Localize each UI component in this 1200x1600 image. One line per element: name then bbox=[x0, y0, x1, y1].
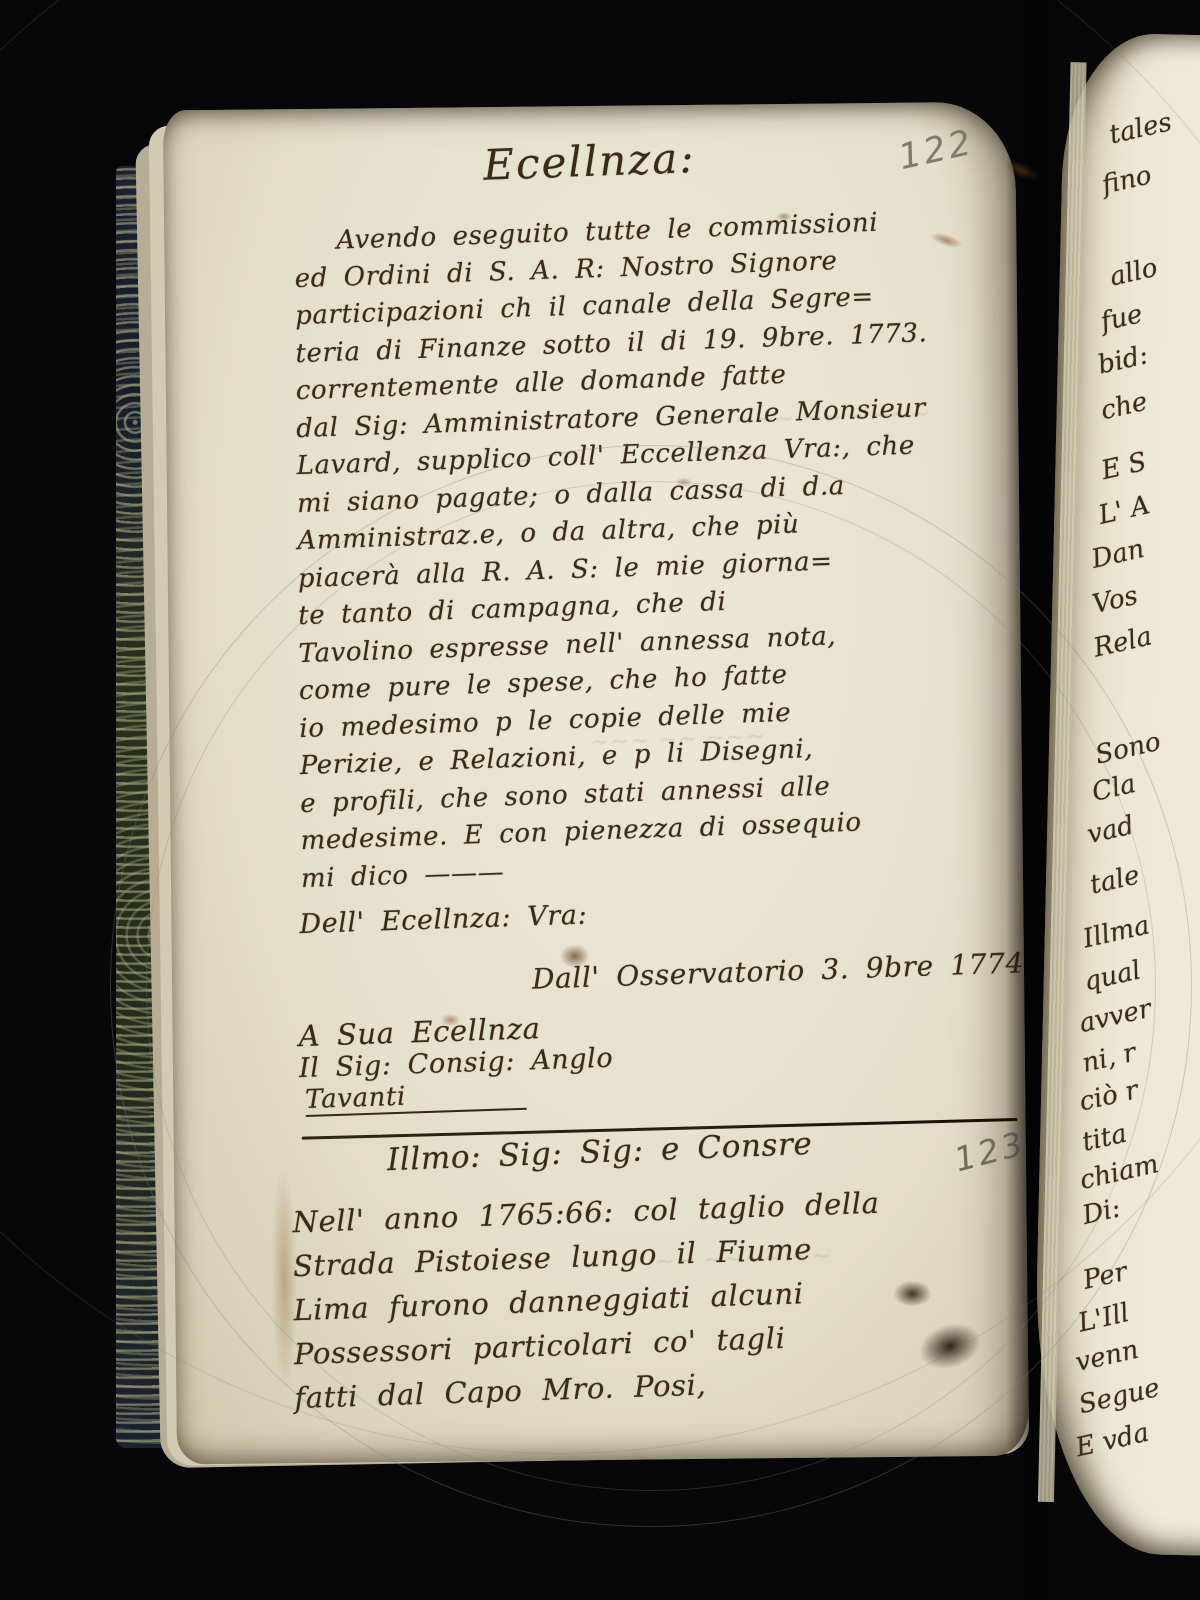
text-fragment: venn bbox=[1073, 1335, 1142, 1378]
manuscript-line: te tanto di campagna, che di bbox=[298, 587, 727, 631]
text-fragment: avver bbox=[1077, 994, 1155, 1039]
ink-blot bbox=[893, 1281, 931, 1307]
text-fragment: Sono bbox=[1093, 727, 1164, 771]
text-fragment: tale bbox=[1087, 860, 1142, 900]
manuscript-line: Possessori particolari co' tagli bbox=[293, 1321, 786, 1371]
text-fragment: fino bbox=[1099, 160, 1154, 200]
text-fragment: Vos bbox=[1090, 581, 1141, 620]
text-fragment: Illma bbox=[1080, 910, 1152, 954]
letter-heading: Ecellnza: bbox=[163, 121, 1016, 201]
text-fragment: ni, r bbox=[1079, 1038, 1138, 1079]
text-fragment: tales bbox=[1107, 107, 1175, 150]
manuscript-line: mi dico ——— bbox=[300, 857, 504, 894]
text-fragment: Dan bbox=[1089, 534, 1147, 575]
text-fragment: che bbox=[1098, 387, 1150, 427]
manuscript-line: Strada Pistoiese lungo il Fiume bbox=[292, 1232, 812, 1283]
manuscript-photo: ~~ ~~~ ~~ ~~~~ ~~~ ~~ ~~~ ~~ ~~~~ ~~ 122… bbox=[0, 0, 1200, 1600]
text-fragment: qual bbox=[1081, 955, 1143, 997]
text-fragment: Cla bbox=[1089, 769, 1138, 808]
manuscript-line: Lima furono danneggiati alcuni bbox=[293, 1276, 804, 1327]
text-fragment: Segue bbox=[1076, 1373, 1163, 1420]
text-fragment: E vda bbox=[1073, 1418, 1152, 1464]
closing-salutation: Dell' Ecellnza: Vra: bbox=[299, 900, 588, 941]
text-fragment: Per bbox=[1080, 1257, 1130, 1296]
text-fragment: L' A bbox=[1096, 490, 1153, 531]
text-fragment: allo bbox=[1107, 253, 1160, 293]
text-fragment: vad bbox=[1084, 810, 1136, 850]
signature-name: Tavanti bbox=[305, 1078, 527, 1117]
text-fragment: Di: bbox=[1080, 1193, 1124, 1231]
text-fragment: L'Ill bbox=[1075, 1298, 1132, 1339]
text-fragment: tita bbox=[1079, 1119, 1129, 1158]
ink-blot bbox=[913, 1315, 988, 1377]
manuscript-line: piacerà alla R. A. S: le mie giorna= bbox=[297, 546, 833, 594]
left-page: ~~ ~~~ ~~ ~~~~ ~~~ ~~ ~~~ ~~ ~~~~ ~~ 122… bbox=[163, 102, 1029, 1465]
text-fragment: bid: bbox=[1095, 340, 1151, 380]
manuscript-line: come pure le spese, che ho fatte bbox=[299, 660, 789, 706]
manuscript-line: correntemente alle domande fatte bbox=[295, 360, 787, 406]
text-fragment: E S bbox=[1099, 447, 1150, 486]
dateline: Dall' Osservatorio 3. 9bre 1774 bbox=[532, 946, 1025, 995]
text-fragment: ciò r bbox=[1077, 1075, 1141, 1117]
text-fragment: Rela bbox=[1091, 621, 1155, 663]
text-fragment: fue bbox=[1098, 299, 1145, 337]
manuscript-line: fatti dal Capo Mro. Posi, bbox=[294, 1368, 707, 1416]
signature-underline: Tavanti bbox=[305, 1078, 527, 1117]
manuscript-line: Nell' anno 1765:66: col taglio della bbox=[292, 1186, 880, 1239]
foxing-stain bbox=[928, 229, 964, 251]
